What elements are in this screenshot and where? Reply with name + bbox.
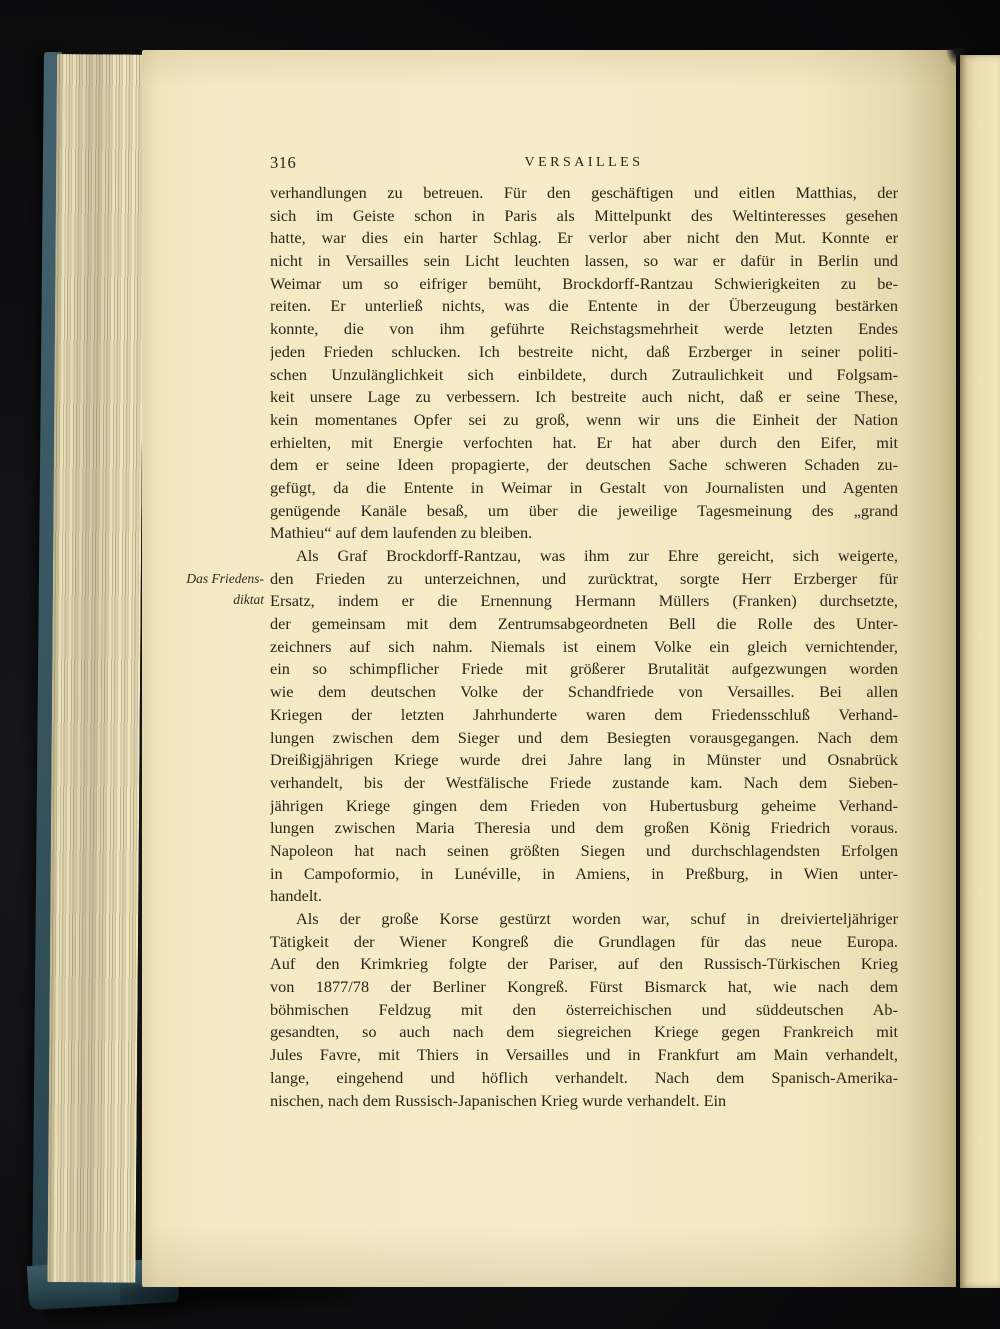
- photo-backdrop: 316 VERSAILLES Das Friedens- diktat verh…: [0, 0, 1000, 1329]
- text-line: in Campoformio, in Lunéville, in Amiens,…: [270, 863, 898, 886]
- text-line: handelt.: [270, 885, 898, 908]
- text-line: nischen, nach dem Russisch-Japanischen K…: [270, 1090, 898, 1113]
- text-line: genügende Kanäle besaß, um über die jewe…: [270, 500, 898, 523]
- text-line: reiten. Er unterließ nichts, was die Ent…: [270, 295, 898, 318]
- text-line: Ersatz, indem er die Ernennung Hermann M…: [270, 590, 898, 613]
- text-line: nicht in Versailles sein Licht leuchten …: [270, 250, 898, 273]
- text-line: wie dem deutschen Volke der Schandfriede…: [270, 681, 898, 704]
- text-line: Kriegen der letzten Jahrhunderte waren d…: [270, 704, 898, 727]
- text-line: keit unsere Lage zu verbessern. Ich best…: [270, 386, 898, 409]
- text-line: verhandlungen zu betreuen. Für den gesch…: [270, 182, 898, 205]
- text-line: verhandelt, bis der Westfälische Friede …: [270, 772, 898, 795]
- text-line: Auf den Krimkrieg folgte der Pariser, au…: [270, 953, 898, 976]
- text-line: lange, eingehend und höflich verhandelt.…: [270, 1067, 898, 1090]
- margin-note-line: diktat: [148, 589, 264, 610]
- text-line: jeden Frieden schlucken. Ich bestreite n…: [270, 341, 898, 364]
- book-bottom-shadow: [120, 1284, 460, 1318]
- text-line: zeichners auf sich nahm. Niemals ist ein…: [270, 636, 898, 659]
- text-line: Mathieu“ auf dem laufenden zu bleiben.: [270, 522, 898, 545]
- text-line: Weimar um so eifriger bemüht, Brockdorff…: [270, 273, 898, 296]
- page-header: 316 VERSAILLES: [270, 153, 898, 175]
- text-line: sich im Geiste schon in Paris als Mittel…: [270, 205, 898, 228]
- text-line: den Frieden zu unterzeichnen, und zurück…: [270, 568, 898, 591]
- text-line: Als Graf Brockdorff-Rantzau, was ihm zur…: [270, 545, 898, 568]
- text-line: lungen zwischen dem Sieger und dem Besie…: [270, 727, 898, 750]
- text-line: dem er seine Ideen propagierte, der deut…: [270, 454, 898, 477]
- margin-note: Das Friedens- diktat: [148, 568, 264, 610]
- margin-note-line: Das Friedens-: [148, 568, 264, 589]
- book-page: 316 VERSAILLES Das Friedens- diktat verh…: [142, 50, 956, 1287]
- text-line: schen Unzulänglichkeit sich einbildete, …: [270, 364, 898, 387]
- text-line: Tätigkeit der Wiener Kongreß die Grundla…: [270, 931, 898, 954]
- text-line: hatte, war dies ein harter Schlag. Er ve…: [270, 227, 898, 250]
- text-line: gefügt, da die Entente in Weimar in Gest…: [270, 477, 898, 500]
- text-line: kein momentanes Opfer sei zu groß, wenn …: [270, 409, 898, 432]
- text-line: böhmischen Feldzug mit den österreichisc…: [270, 999, 898, 1022]
- text-line: von 1877/78 der Berliner Kongreß. Fürst …: [270, 976, 898, 999]
- text-line: Jules Favre, mit Thiers in Versailles un…: [270, 1044, 898, 1067]
- text-line: Dreißigjährigen Kriege wurde drei Jahre …: [270, 749, 898, 772]
- text-line: lungen zwischen Maria Theresia und dem g…: [270, 817, 898, 840]
- text-line: Napoleon hat nach seinen größten Siegen …: [270, 840, 898, 863]
- text-line: erhielten, mit Energie verfochten hat. E…: [270, 432, 898, 455]
- text-line: Als der große Korse gestürzt worden war,…: [270, 908, 898, 931]
- body-text: verhandlungen zu betreuen. Für den gesch…: [270, 182, 898, 1112]
- text-line: jährigen Kriege gingen dem Frieden von H…: [270, 795, 898, 818]
- page-edge-stack: [47, 54, 145, 1283]
- text-line: ein so schimpflicher Friede mit größerer…: [270, 658, 898, 681]
- text-line: der gemeinsam mit dem Zentrumsabgeordnet…: [270, 613, 898, 636]
- facing-page-sliver: [960, 55, 1000, 1288]
- text-line: konnte, die von ihm geführte Reichstagsm…: [270, 318, 898, 341]
- text-line: gesandten, so auch nach dem siegreichen …: [270, 1021, 898, 1044]
- running-head: VERSAILLES: [270, 155, 898, 171]
